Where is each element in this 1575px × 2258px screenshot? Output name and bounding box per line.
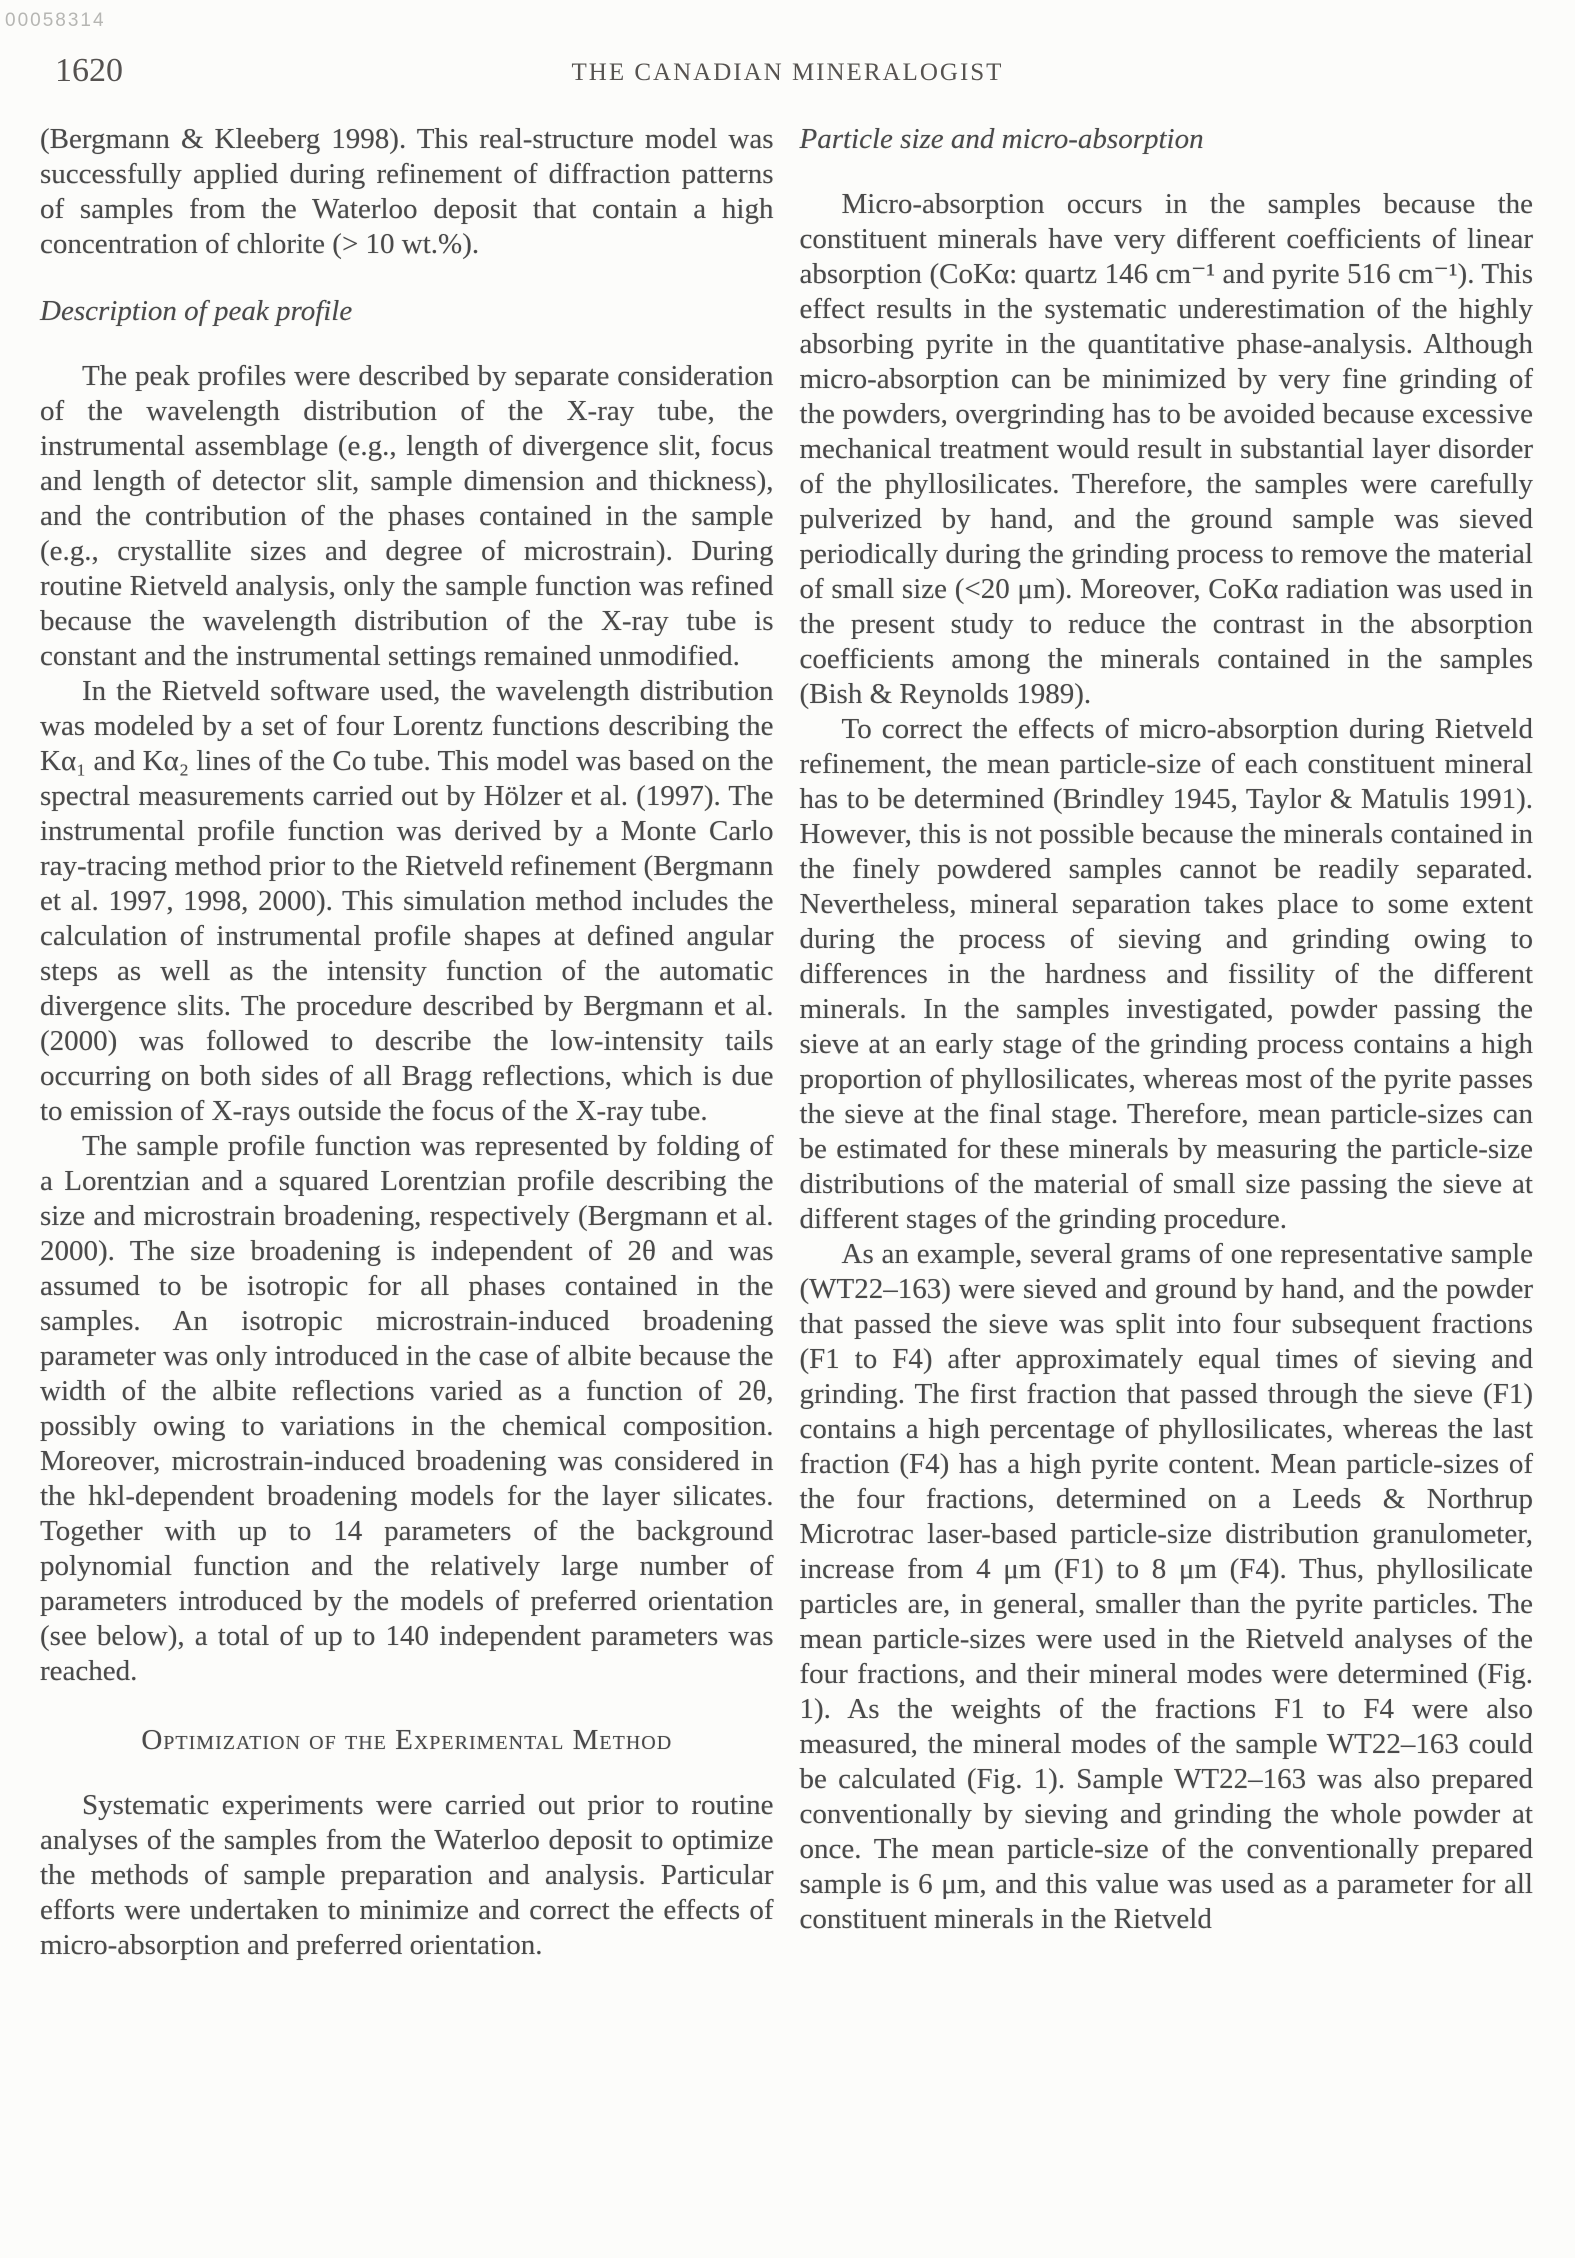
paragraph-peak-profiles: The peak profiles were described by sepa… — [40, 359, 774, 674]
subsection-heading-peak-profile: Description of peak profile — [40, 294, 774, 329]
left-column: (Bergmann & Kleeberg 1998). This real-st… — [40, 122, 774, 1963]
journal-running-head: THE CANADIAN MINERALOGIST — [0, 59, 1575, 87]
paragraph-sample-profile-function: The sample profile function was represen… — [40, 1129, 774, 1689]
paragraph-continued-from-previous-page: (Bergmann & Kleeberg 1998). This real-st… — [40, 122, 774, 262]
paragraph-rietveld-software: In the Rietveld software used, the wavel… — [40, 674, 774, 1129]
paragraph-correct-micro-absorption: To correct the effects of micro-absorpti… — [800, 712, 1534, 1237]
page-header: 1620 THE CANADIAN MINERALOGIST — [0, 52, 1575, 96]
scan-stamp-number: 00058314 — [5, 10, 106, 32]
paragraph-sample-wt22-163: As an example, several grams of one repr… — [800, 1237, 1534, 1937]
paragraph-systematic-experiments: Systematic experiments were carried out … — [40, 1788, 774, 1963]
subsection-heading-particle-size: Particle size and micro-absorption — [800, 122, 1534, 157]
right-column: Particle size and micro-absorption Micro… — [800, 122, 1534, 1963]
section-heading-optimization: Optimization of the Experimental Method — [40, 1723, 774, 1758]
paragraph-micro-absorption: Micro-absorption occurs in the samples b… — [800, 187, 1534, 712]
two-column-body: (Bergmann & Kleeberg 1998). This real-st… — [40, 122, 1533, 1963]
scanned-paper-page: 00058314 1620 THE CANADIAN MINERALOGIST … — [0, 0, 1575, 2258]
